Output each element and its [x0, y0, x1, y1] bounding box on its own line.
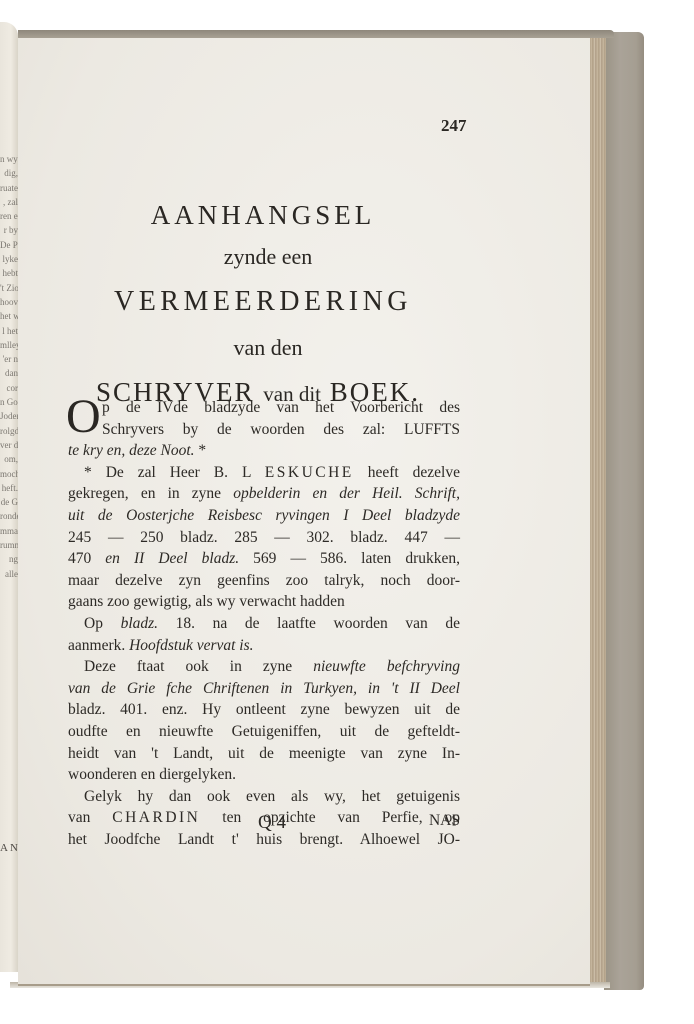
- text-line: 245 — 250 bladz. 285 — 302. bladz. 447 —: [68, 527, 460, 549]
- paragraph-1: O p de IVde bladzyde van het Voorbericht…: [68, 397, 460, 462]
- left-fragment: rumm: [0, 538, 18, 552]
- left-fragment: , zal: [0, 195, 18, 209]
- italic-text: bladz.: [121, 615, 158, 632]
- left-fragment: ren en: [0, 209, 18, 223]
- left-fragment: 't Zio: [0, 281, 18, 295]
- left-page-catchword: AN: [0, 842, 18, 854]
- left-fragment: cor: [0, 381, 18, 395]
- left-fragment: ronde: [0, 509, 18, 523]
- italic-text: en II Deel bladz.: [105, 550, 239, 567]
- page-block-edges: [590, 38, 606, 986]
- text-line: te kry en, deze Noot. *: [68, 440, 460, 462]
- italic-text: van de Grie fche Chriftenen in Turkyen, …: [68, 680, 460, 697]
- italic-text: uit de Oosterjche Reisbesc ryvingen I De…: [68, 507, 460, 524]
- text: 18. na de laatfte woorden van de: [158, 615, 460, 632]
- title-line-aanhangsel: AANHANGSEL: [48, 192, 478, 238]
- left-page-text-fragments: n wyl, dig, ruaten , zal ren en r by De …: [0, 152, 18, 581]
- left-fragment: moch: [0, 467, 18, 481]
- left-fragment: l het: [0, 324, 18, 338]
- left-page-edge: n wyl, dig, ruaten , zal ren en r by De …: [0, 22, 18, 972]
- italic-text: te kry en, deze Noot.: [68, 442, 195, 459]
- left-fragment: rolgde: [0, 424, 18, 438]
- text: Deze ftaat ook in zyne: [84, 658, 313, 675]
- appendix-title: AANHANGSEL zynde een VERMEERDERING van d…: [58, 188, 478, 418]
- right-page: 247 AANHANGSEL zynde een VERMEERDERING v…: [18, 38, 590, 986]
- text-line: maar dezelve zyn geenfins zoo talryk, no…: [68, 570, 460, 592]
- left-fragment: ruaten: [0, 181, 18, 195]
- body-text: O p de IVde bladzyde van het Voorbericht…: [68, 397, 460, 850]
- left-fragment: de G: [0, 495, 18, 509]
- text-line: uit de Oosterjche Reisbesc ryvingen I De…: [68, 505, 460, 527]
- text: *: [195, 442, 207, 459]
- text-line: heidt van 't Landt, uit de meenigte van …: [68, 743, 460, 765]
- left-fragment: ng: [0, 552, 18, 566]
- left-fragment: n wyl,: [0, 152, 18, 166]
- italic-text: opbelderin en der Heil. Schrift,: [233, 485, 460, 502]
- left-fragment: alle: [0, 567, 18, 581]
- text: gekregen, en in zyne: [68, 485, 233, 502]
- text-line: gekregen, en in zyne opbelderin en der H…: [68, 483, 460, 505]
- left-fragment: mma: [0, 524, 18, 538]
- left-fragment: om,: [0, 452, 18, 466]
- left-fragment: Joden: [0, 409, 18, 423]
- text-line: Schryvers by de woorden des zal: LUFFTS: [68, 419, 460, 441]
- signature-mark: Q 4: [258, 812, 286, 834]
- left-fragment: mlley: [0, 338, 18, 352]
- title-line-zynde-een: zynde een: [58, 238, 478, 276]
- book-cover-edge: [604, 32, 644, 990]
- text: heeft dezelve: [354, 464, 460, 481]
- left-fragment: n God: [0, 395, 18, 409]
- italic-text: Hoofdstuk vervat is.: [129, 637, 253, 654]
- page-footer: Q 4 NAS: [68, 812, 460, 836]
- left-fragment: ver de: [0, 438, 18, 452]
- left-fragment: dig,: [0, 166, 18, 180]
- drop-cap: O: [66, 395, 101, 439]
- book-photograph: n wyl, dig, ruaten , zal ren en r by De …: [0, 0, 694, 1024]
- text-line: p de IVde bladzyde van het Voorbericht d…: [68, 397, 460, 419]
- left-fragment: 'er n: [0, 352, 18, 366]
- text-line: bladz. 401. enz. Hy ontleent zyne bewyze…: [68, 699, 460, 721]
- text: 470: [68, 550, 105, 567]
- catchword: NAS: [429, 812, 460, 830]
- text-line: gaans zoo gewigtig, als wy verwacht hadd…: [68, 591, 460, 613]
- left-fragment: het w: [0, 309, 18, 323]
- text-line: Op bladz. 18. na de laatfte woorden van …: [68, 613, 460, 635]
- title-line-vermeerdering: VERMEERDERING: [48, 276, 478, 328]
- text-line: aanmerk. Hoofdstuk vervat is.: [68, 635, 460, 657]
- text-line: Deze ftaat ook in zyne nieuwfte befchryv…: [68, 656, 460, 678]
- left-fragment: hebt: [0, 266, 18, 280]
- page-number: 247: [441, 116, 467, 136]
- text: 569 — 586. laten drukken,: [239, 550, 460, 567]
- left-fragment: r by: [0, 223, 18, 237]
- text: * De zal Heer B. L: [84, 464, 265, 481]
- left-fragment: De Pred: [0, 238, 18, 252]
- left-fragment: lyke: [0, 252, 18, 266]
- italic-text: nieuwfte befchryving: [313, 658, 460, 675]
- text-line: * De zal Heer B. L ESKUCHE heeft dezelve: [68, 462, 460, 484]
- text: Op: [84, 615, 121, 632]
- text-line: 470 en II Deel bladz. 569 — 586. laten d…: [68, 548, 460, 570]
- left-fragment: hoove: [0, 295, 18, 309]
- book-cover-top: [18, 30, 614, 38]
- text-line: van de Grie fche Chriftenen in Turkyen, …: [68, 678, 460, 700]
- name-eskuche: ESKUCHE: [265, 464, 354, 481]
- left-fragment: heft.: [0, 481, 18, 495]
- text-line: Gelyk hy dan ook even als wy, het getuig…: [68, 786, 460, 808]
- text: aanmerk.: [68, 637, 129, 654]
- left-fragment: dan: [0, 366, 18, 380]
- title-line-van-den: van den: [58, 328, 478, 368]
- text-line: woonderen en diergelyken.: [68, 764, 460, 786]
- text-line: oudfte en nieuwfte Getuigeniffen, uit de…: [68, 721, 460, 743]
